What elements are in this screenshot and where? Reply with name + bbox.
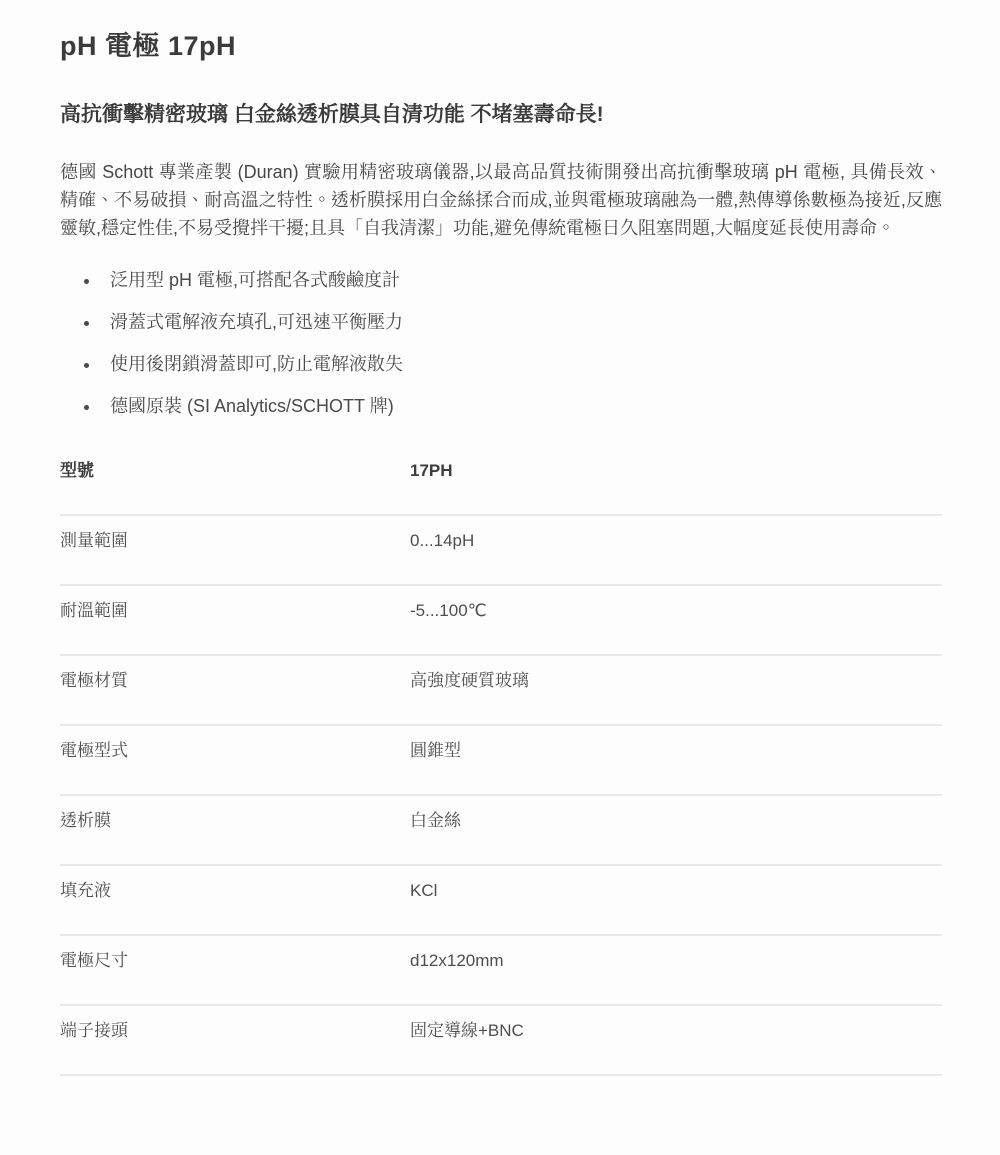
spec-value: -5...100℃ — [410, 600, 942, 621]
spec-label: 填充液 — [60, 880, 410, 901]
table-row: 測量範圍 0...14pH — [60, 516, 942, 586]
table-row: 電極材質 高強度硬質玻璃 — [60, 656, 942, 726]
spec-value: 圓錐型 — [410, 740, 942, 761]
table-row: 透析膜 白金絲 — [60, 796, 942, 866]
table-row: 耐溫範圍 -5...100℃ — [60, 586, 942, 656]
spec-label: 電極材質 — [60, 670, 410, 691]
spec-label: 端子接頭 — [60, 1020, 410, 1041]
table-row: 填充液 KCl — [60, 866, 942, 936]
feature-item: 使用後閉鎖滑蓋即可,防止電解液散失 — [101, 352, 942, 377]
spec-label: 電極尺寸 — [60, 950, 410, 971]
feature-item: 德國原裝 (SI Analytics/SCHOTT 牌) — [101, 394, 942, 419]
product-tagline: 高抗衝擊精密玻璃 白金絲透析膜具自清功能 不堵塞壽命長! — [60, 102, 942, 128]
spec-label: 耐溫範圍 — [60, 600, 410, 621]
spec-label: 測量範圍 — [60, 530, 410, 551]
spec-value: d12x120mm — [410, 950, 942, 971]
feature-list: 泛用型 pH 電極,可搭配各式酸鹼度計 滑蓋式電解液充填孔,可迅速平衡壓力 使用… — [60, 268, 942, 419]
spec-label: 透析膜 — [60, 810, 410, 831]
table-row: 電極尺寸 d12x120mm — [60, 936, 942, 1006]
feature-item: 滑蓋式電解液充填孔,可迅速平衡壓力 — [101, 310, 942, 335]
spec-label: 電極型式 — [60, 740, 410, 761]
spec-value: KCl — [410, 880, 942, 901]
product-spec-page: pH 電極 17pH 高抗衝擊精密玻璃 白金絲透析膜具自清功能 不堵塞壽命長! … — [0, 0, 1000, 1155]
product-description: 德國 Schott 專業產製 (Duran) 實驗用精密玻璃儀器,以最高品質技術… — [60, 158, 942, 242]
spec-header-value: 17PH — [410, 460, 942, 481]
spec-value: 固定導線+BNC — [410, 1020, 942, 1041]
spec-value: 白金絲 — [410, 810, 942, 831]
feature-item: 泛用型 pH 電極,可搭配各式酸鹼度計 — [101, 268, 942, 293]
spec-value: 高強度硬質玻璃 — [410, 670, 942, 691]
table-row: 端子接頭 固定導線+BNC — [60, 1006, 942, 1076]
table-row: 電極型式 圓錐型 — [60, 726, 942, 796]
spec-value: 0...14pH — [410, 530, 942, 551]
spec-table-header-row: 型號 17PH — [60, 446, 942, 516]
spec-table: 型號 17PH 測量範圍 0...14pH 耐溫範圍 -5...100℃ 電極材… — [60, 446, 942, 1076]
spec-header-label: 型號 — [60, 460, 410, 481]
page-title: pH 電極 17pH — [60, 0, 942, 61]
